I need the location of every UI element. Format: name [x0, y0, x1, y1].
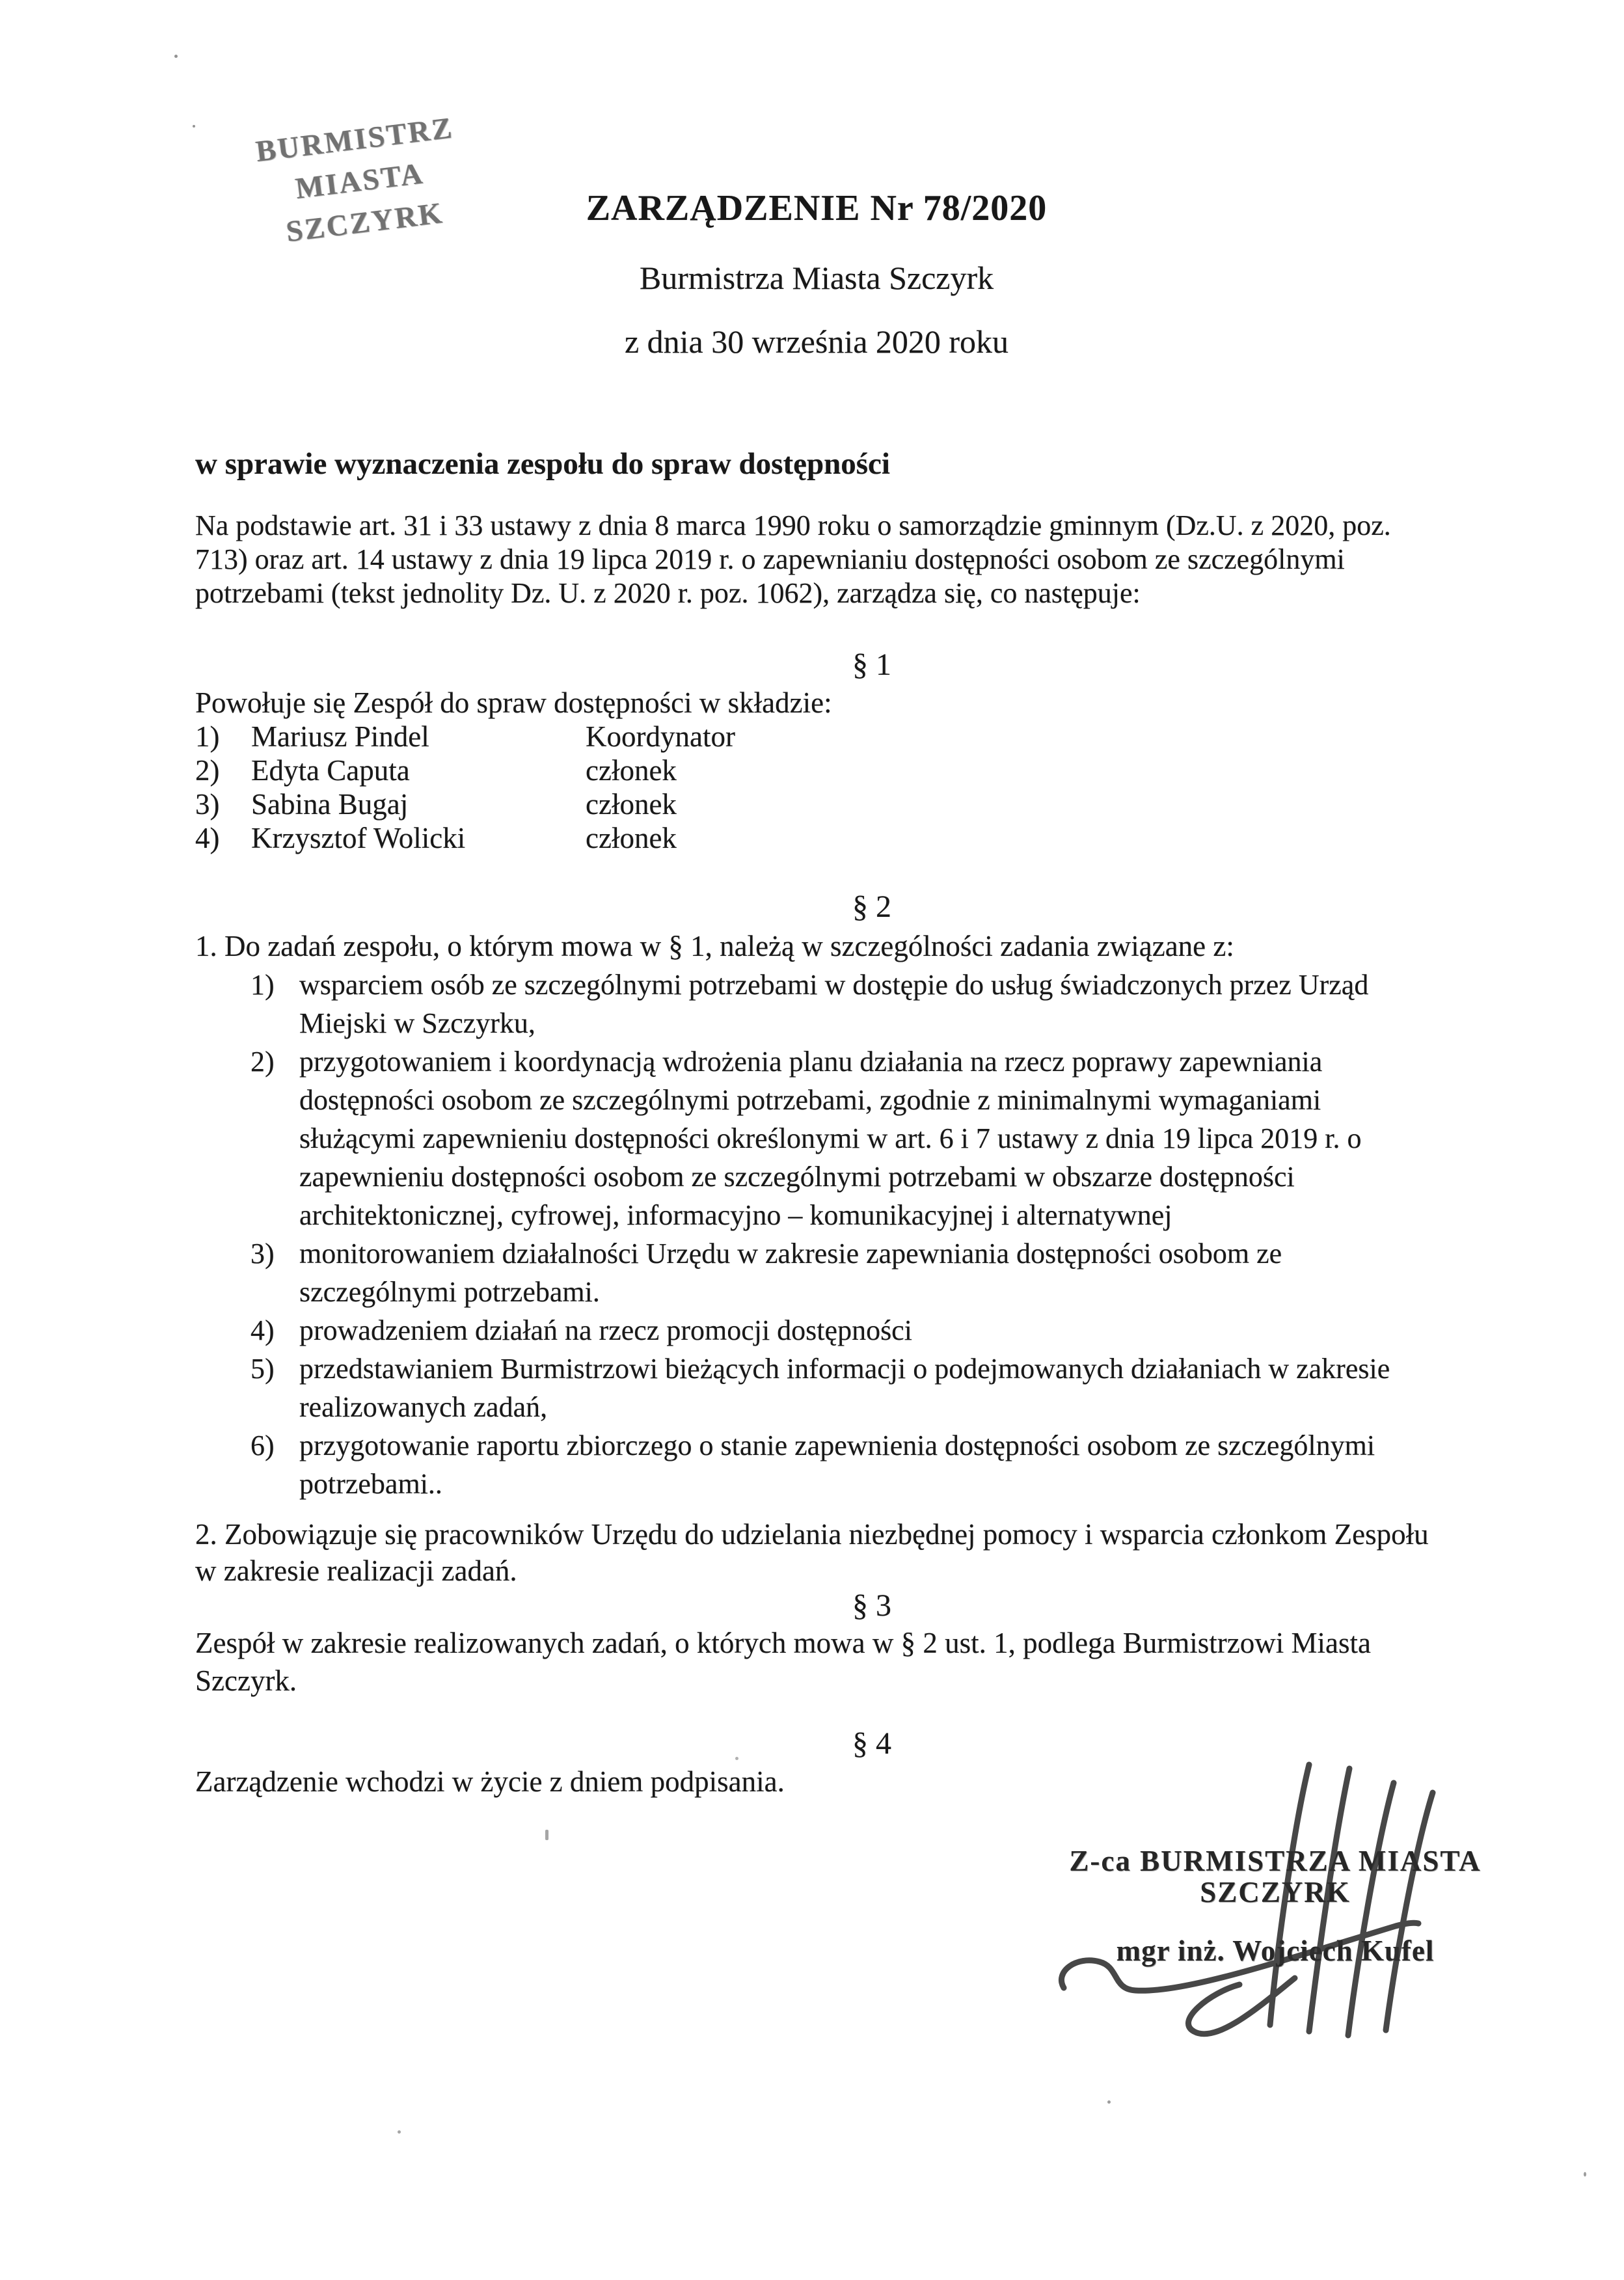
- task-text: monitorowaniem działalności Urzędu w zak…: [299, 1238, 1282, 1308]
- scan-speck: [1584, 2172, 1586, 2177]
- table-row: 2) Edyta Caputa członek: [195, 753, 1236, 787]
- member-name: Edyta Caputa: [251, 753, 586, 787]
- table-row: 3) Sabina Bugaj członek: [195, 787, 1236, 821]
- section-3-heading: § 3: [195, 1588, 1438, 1623]
- section-2-item-1-intro: 1. Do zadań zespołu, o którym mowa w § 1…: [195, 929, 1470, 963]
- document-title: ZARZĄDZENIE Nr 78/2020: [195, 187, 1438, 229]
- table-row: 1) Mariusz Pindel Koordynator: [195, 720, 1236, 753]
- section-2-item-2: 2. Zobowiązuje się pracowników Urzędu do…: [195, 1516, 1431, 1589]
- member-role: Koordynator: [586, 720, 1236, 753]
- member-number: 4): [195, 821, 251, 855]
- document-subject: w sprawie wyznaczenia zespołu do spraw d…: [195, 446, 1431, 482]
- task-text: przedstawianiem Burmistrzowi bieżących i…: [299, 1353, 1390, 1423]
- legal-basis: Na podstawie art. 31 i 33 ustawy z dnia …: [195, 509, 1431, 610]
- section-1-heading: § 1: [195, 647, 1438, 683]
- member-role: członek: [586, 821, 1236, 855]
- member-name: Sabina Bugaj: [251, 787, 586, 821]
- list-item: 6) przygotowanie raportu zbiorczego o st…: [250, 1426, 1441, 1503]
- scanned-document-page: BURMISTRZ MIASTA SZCZYRK ZARZĄDZENIE Nr …: [0, 0, 1624, 2280]
- list-item: 3) monitorowaniem działalności Urzędu w …: [250, 1234, 1441, 1311]
- official-stamp: BURMISTRZ MIASTA SZCZYRK: [200, 100, 519, 262]
- member-number: 3): [195, 787, 251, 821]
- list-item: 5) przedstawianiem Burmistrzowi bieżącyc…: [250, 1350, 1441, 1426]
- list-item: 2) przygotowaniem i koordynacją wdrożeni…: [250, 1042, 1441, 1234]
- handwritten-signature: [1015, 1731, 1509, 2069]
- task-number: 5): [250, 1350, 275, 1388]
- scan-speck: [193, 125, 195, 128]
- list-item: 1) wsparciem osób ze szczególnymi potrze…: [250, 966, 1441, 1042]
- task-number: 1): [250, 966, 275, 1004]
- member-number: 2): [195, 753, 251, 787]
- scan-speck: [398, 2130, 401, 2134]
- section-4-text: Zarządzenie wchodzi w życie z dniem podp…: [195, 1765, 785, 1798]
- member-role: członek: [586, 753, 1236, 787]
- task-number: 6): [250, 1426, 275, 1465]
- scan-speck: [174, 55, 178, 58]
- list-item: 4) prowadzeniem działań na rzecz promocj…: [250, 1311, 1441, 1350]
- team-members-list: 1) Mariusz Pindel Koordynator 2) Edyta C…: [195, 720, 1236, 855]
- task-number: 3): [250, 1234, 275, 1273]
- task-text: przygotowaniem i koordynacją wdrożenia p…: [299, 1046, 1362, 1231]
- scan-speck: [1107, 2100, 1111, 2104]
- scan-speck: [545, 1830, 548, 1840]
- section-3-text: Zespół w zakresie realizowanych zadań, o…: [195, 1624, 1431, 1700]
- task-text: prowadzeniem działań na rzecz promocji d…: [299, 1314, 912, 1346]
- task-number: 2): [250, 1042, 275, 1081]
- section-2-heading: § 2: [195, 889, 1438, 925]
- scan-speck: [735, 1757, 738, 1760]
- tasks-list: 1) wsparciem osób ze szczególnymi potrze…: [250, 966, 1441, 1503]
- task-number: 4): [250, 1311, 275, 1350]
- member-role: członek: [586, 787, 1236, 821]
- member-name: Krzysztof Wolicki: [251, 821, 586, 855]
- section-1-intro: Powołuje się Zespół do spraw dostępności…: [195, 686, 832, 720]
- table-row: 4) Krzysztof Wolicki członek: [195, 821, 1236, 855]
- task-text: wsparciem osób ze szczególnymi potrzebam…: [299, 969, 1368, 1039]
- member-number: 1): [195, 720, 251, 753]
- document-issuer: Burmistrza Miasta Szczyrk: [195, 259, 1438, 297]
- task-text: przygotowanie raportu zbiorczego o stani…: [299, 1430, 1375, 1500]
- member-name: Mariusz Pindel: [251, 720, 586, 753]
- document-date: z dnia 30 września 2020 roku: [195, 323, 1438, 360]
